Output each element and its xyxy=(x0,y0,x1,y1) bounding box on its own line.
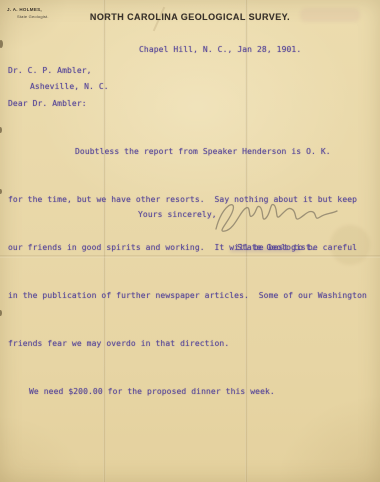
letterhead-title: NORTH CAROLINA GEOLOGICAL SURVEY. xyxy=(0,12,380,22)
letter-page: J. A. HOLMES, State Geologist. NORTH CAR… xyxy=(0,0,380,482)
salutation: Dear Dr. Ambler: xyxy=(8,96,87,112)
recipient-city: Asheville, N. C. xyxy=(30,79,109,95)
body-line: our friends in good spirits and working.… xyxy=(8,240,374,256)
dateline: Chapel Hill, N. C., Jan 28, 1901. xyxy=(139,42,301,58)
letter-body: Doubtless the report from Speaker Hender… xyxy=(8,112,374,432)
body-line: Doubtless the report from Speaker Hender… xyxy=(8,144,374,160)
signature-title: State Geologist. xyxy=(237,240,316,256)
paper-edge-speck xyxy=(0,310,2,316)
signature-handwriting xyxy=(210,195,342,239)
body-line: We need $200.00 for the proposed dinner … xyxy=(8,384,374,400)
paper-edge-speck xyxy=(0,40,3,48)
body-line: in the publication of further newspaper … xyxy=(8,288,374,304)
body-line: friends fear we may overdo in that direc… xyxy=(8,336,374,352)
closing: Yours sincerely, xyxy=(138,207,217,223)
paper-edge-speck xyxy=(0,189,2,194)
recipient-name: Dr. C. P. Ambler, xyxy=(8,63,92,79)
paper-edge-speck xyxy=(0,127,2,133)
